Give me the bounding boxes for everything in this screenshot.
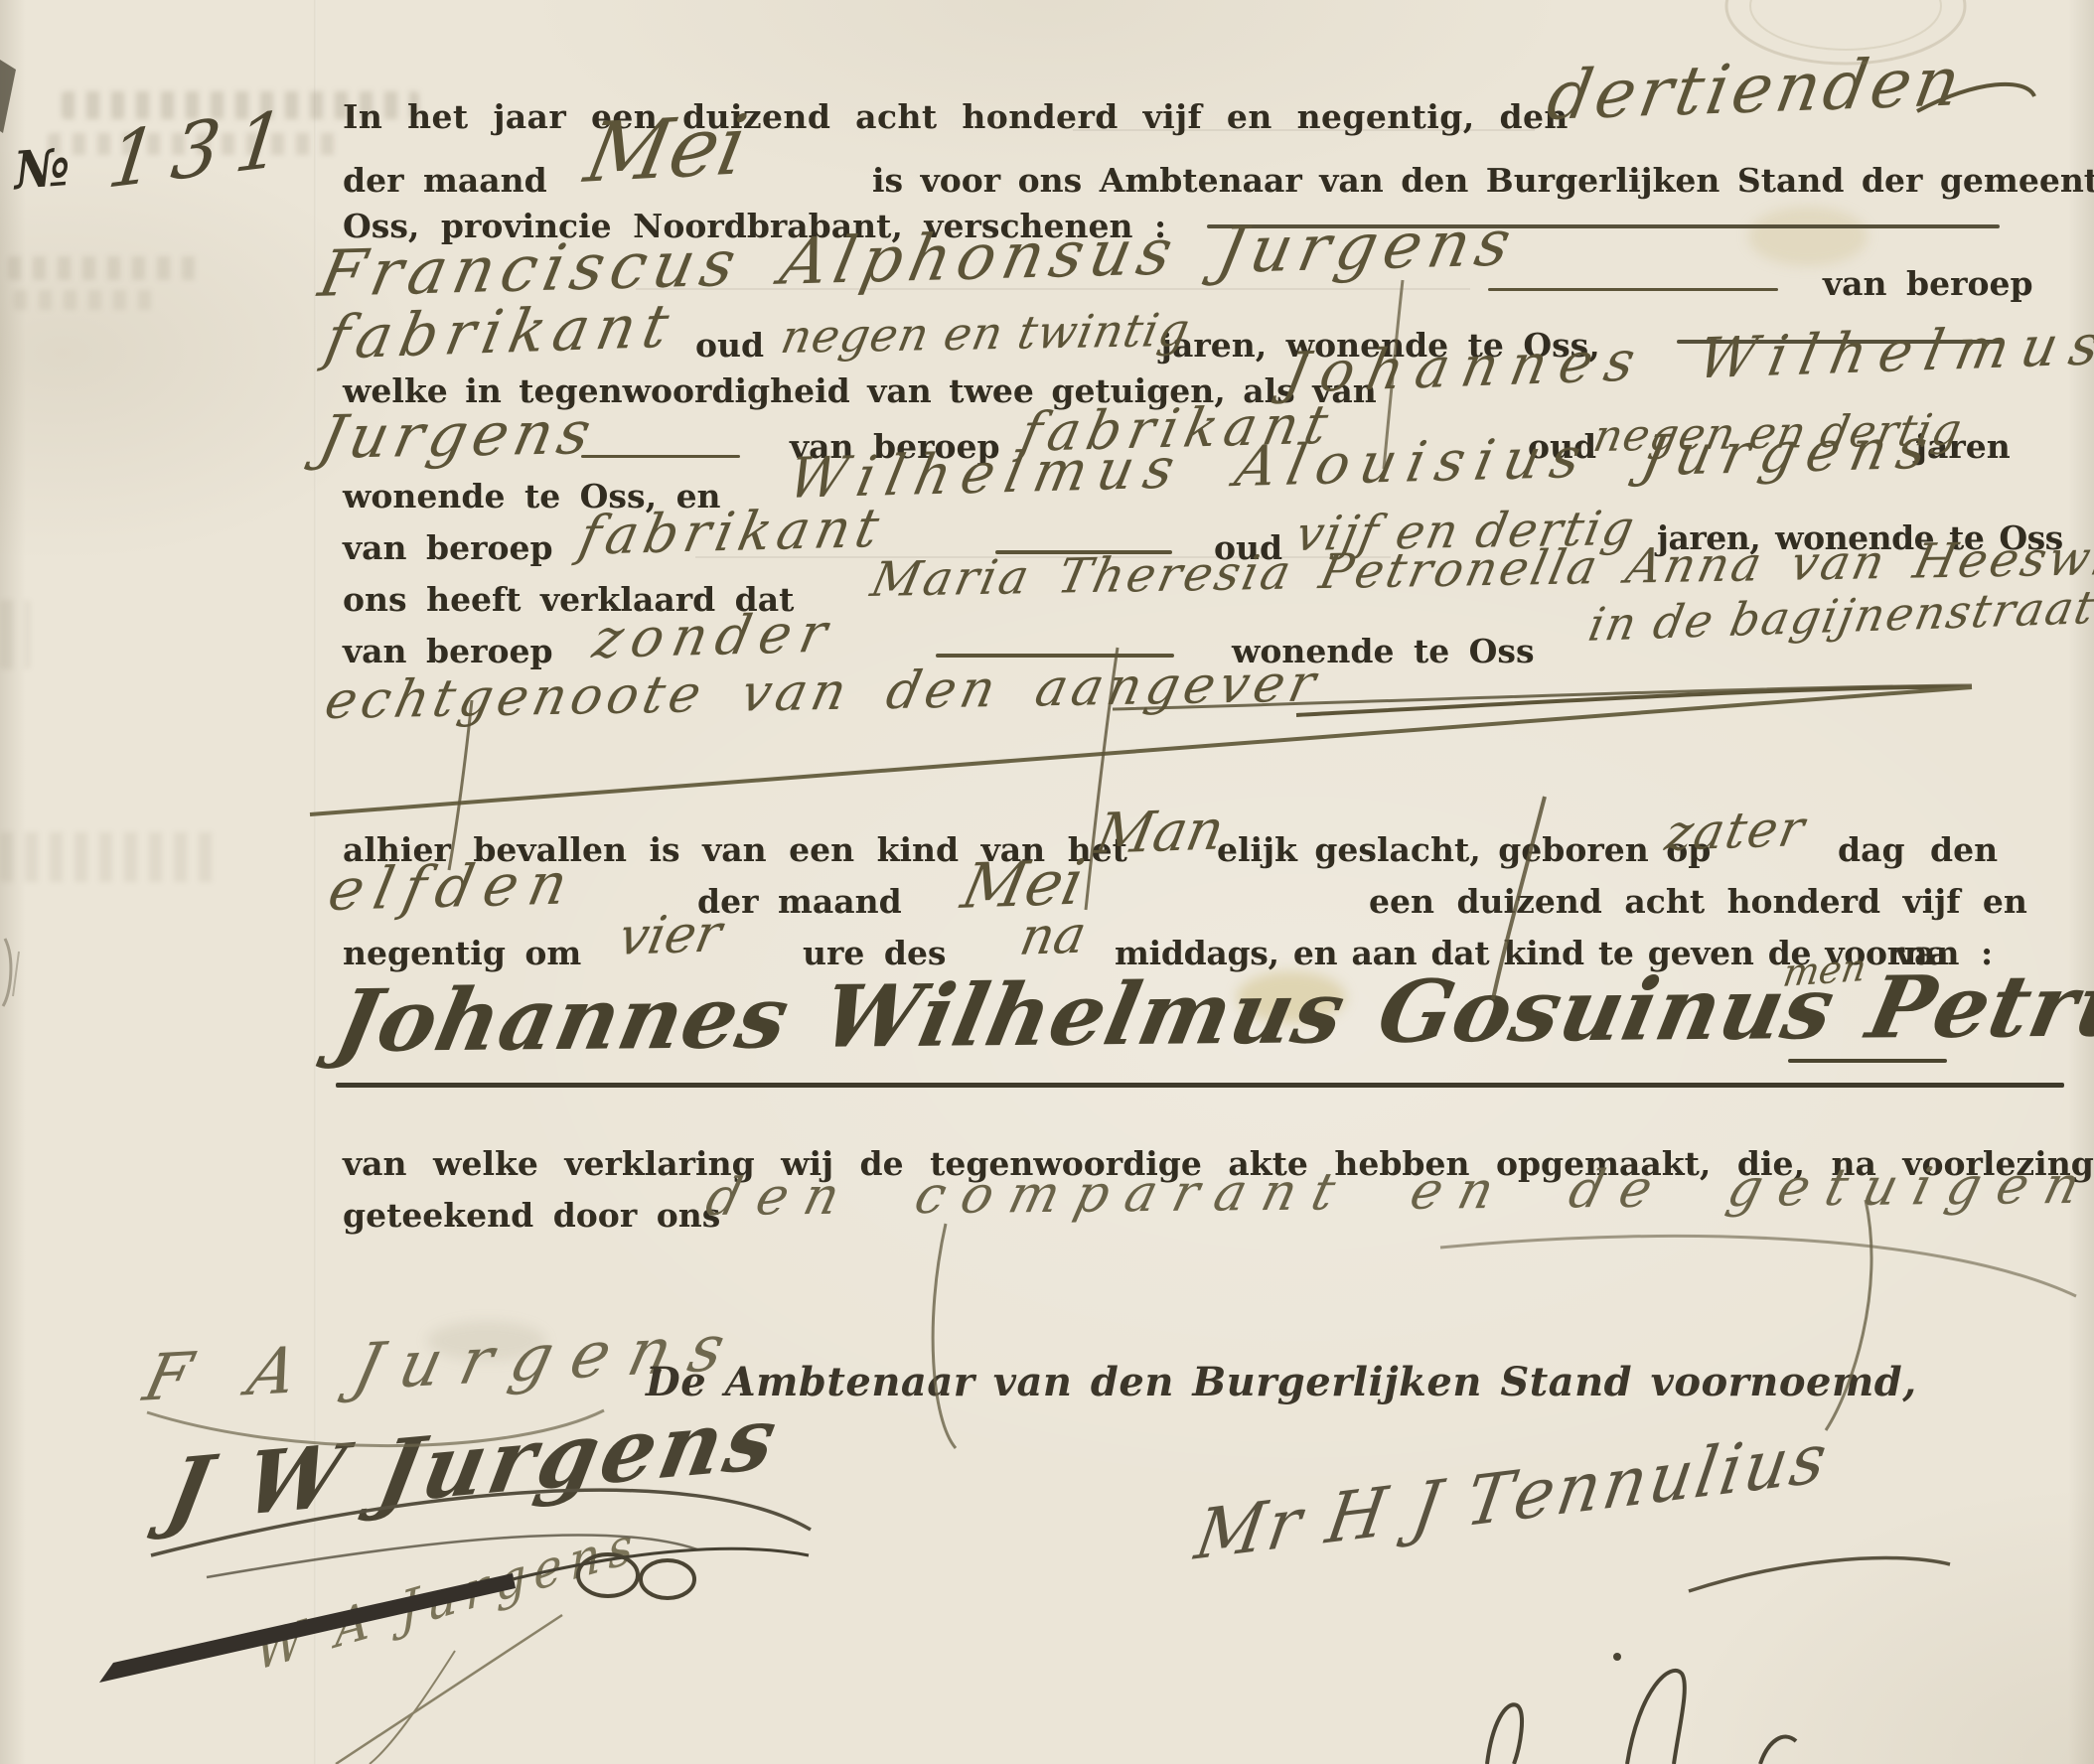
declarant-age-entry: negen en twintig xyxy=(777,303,1195,364)
birth-weekday-entry: zater xyxy=(1661,800,1811,862)
birth-year: een duizend acht honderd vijf en xyxy=(1369,882,2027,921)
gender-suffix: elijk geslacht, geboren op xyxy=(1217,830,1711,869)
profession-label-1: van beroep xyxy=(1823,264,2033,303)
ink-bleedthrough xyxy=(14,290,163,310)
witness1-name-entry-b: Jurgens xyxy=(313,398,603,473)
ink-bleedthrough xyxy=(0,832,224,882)
paper-stain xyxy=(1748,207,1868,266)
child-name-entry: Johannes Wilhelmus Gosuinus Petrus xyxy=(328,955,2094,1072)
closing-line-2: geteekend door ons xyxy=(343,1196,720,1235)
mother-profession-entry: zonder xyxy=(588,601,841,670)
witness2-profession-entry: fabrikant xyxy=(574,497,890,567)
registrar-signature: Mr H J Tennulius xyxy=(1190,1418,1835,1576)
birth-certificate-page: In het jaar een duizend acht honderd vij… xyxy=(0,0,2094,1764)
ink-bleedthrough xyxy=(8,256,207,280)
witness2-signature: W A Jurgens xyxy=(254,1513,641,1683)
closing-hw-entry: den comparant en de getuigen xyxy=(700,1156,2094,1228)
fill-rule xyxy=(581,455,740,458)
birth-year-2: negentig om xyxy=(343,934,581,972)
year-line: In het jaar een duizend acht honderd vij… xyxy=(343,97,1569,136)
month-entry: Mei xyxy=(578,98,754,202)
officer-line: is voor ons Ambtenaar van den Burgerlijk… xyxy=(872,161,2094,200)
profession-label-3: van beroep xyxy=(343,528,553,567)
month-label: der maand xyxy=(343,161,547,200)
declarant-profession-entry: fabrikant xyxy=(320,291,682,373)
birth-day-entry: elfden xyxy=(323,849,584,924)
weekday-suffix: dag den xyxy=(1838,830,1998,869)
birth-hour-entry: vier xyxy=(614,904,726,967)
birth-month-label: der maand xyxy=(697,882,902,921)
child-name-underline xyxy=(336,1083,2064,1088)
act-number-label: № xyxy=(12,137,73,202)
ink-bleedthrough xyxy=(0,600,30,669)
gender-entry: Man xyxy=(1091,798,1229,867)
right-edge-shade xyxy=(2068,0,2094,1764)
fill-rule xyxy=(1488,288,1778,291)
registrar-caption: De Ambtenaar van den Burgerlijken Stand … xyxy=(646,1359,1917,1405)
profession-label-4: van beroep xyxy=(343,632,553,670)
daypart-entry: na xyxy=(1015,905,1091,967)
age-label-1: oud xyxy=(695,326,764,365)
fill-rule xyxy=(1788,1059,1947,1063)
date-day-entry: dertienden xyxy=(1542,43,1970,136)
